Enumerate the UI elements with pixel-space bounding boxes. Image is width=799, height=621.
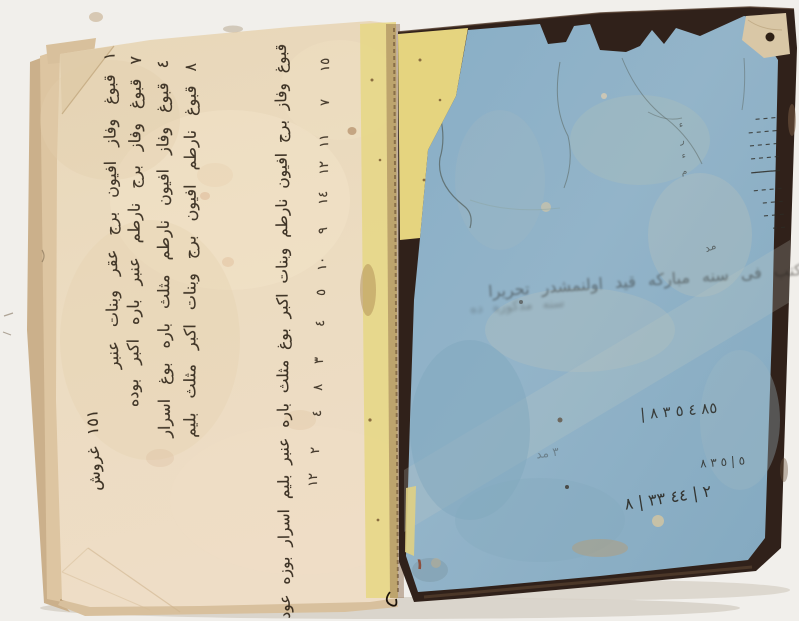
entry-number: ٤ <box>153 60 172 69</box>
entry-text: قبوغ وفاز افيون نارطم مثلث باره بوغ اسرا… <box>153 83 174 438</box>
entry-number: ١ <box>99 52 118 61</box>
photo-frame: ١ قبوغ وفاز افيون برج عقر وبنات عنبر ٧ ق… <box>0 0 799 621</box>
right-cover <box>398 7 797 602</box>
entry-text: قبوغ وفاز برج نارطم عنبر باره اكبر بوده <box>123 79 145 407</box>
entry-number: ٨ <box>181 63 200 72</box>
red-ink-tick: ١ <box>414 555 425 574</box>
entry-number: ٧ <box>126 56 145 65</box>
entry-text: قبوغ نارطم افيون برج وبنات اكبر مثلث بلي… <box>180 86 200 438</box>
tally-marks-block: ء ر ء م ـ ـ ـ ـ ـ ـ ـ ـ ـ ـ ـ ـ ـ ـ ـ ــ… <box>683 108 785 239</box>
gutter <box>360 22 404 606</box>
entry-text: قبوغ وفاز افيون برج عقر وبنات عنبر <box>99 74 122 369</box>
